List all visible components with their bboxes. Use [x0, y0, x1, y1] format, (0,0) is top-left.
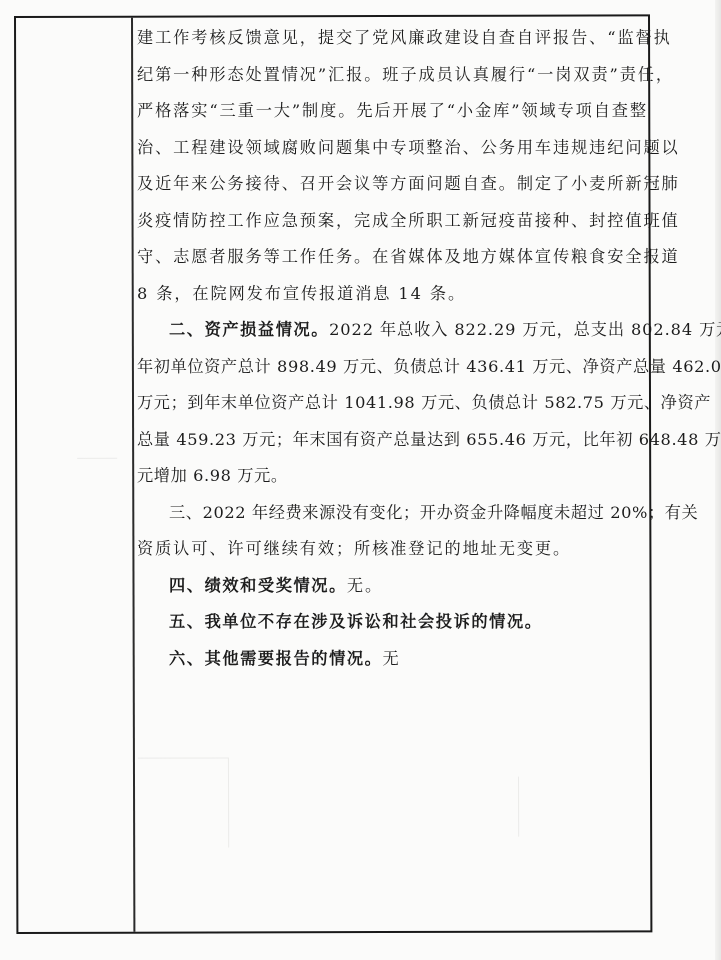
text-line: 及近年来公务接待、召开会议等方面问题自查。制定了小麦所新冠肺: [137, 166, 645, 203]
text-line: 年初单位资产总计 898.49 万元、负债总计 436.41 万元、净资产总量 …: [137, 349, 645, 386]
section-text: 2022 年总收入 822.29 万元，总支出 802.84 万元；: [329, 320, 721, 339]
text-line: 三、2022 年经费来源没有变化；开办资金升降幅度未超过 20%；有关: [137, 495, 645, 532]
section-litigation: 五、我单位不存在涉及诉讼和社会投诉的情况。: [137, 604, 645, 641]
section-heading: 四、绩效和受奖情况。: [169, 576, 347, 595]
section-heading: 六、其他需要报告的情况。: [169, 649, 382, 668]
column-divider: [131, 18, 135, 932]
text-line: 二、资产损益情况。2022 年总收入 822.29 万元，总支出 802.84 …: [137, 312, 645, 349]
section-heading: 五、我单位不存在涉及诉讼和社会投诉的情况。: [169, 612, 543, 631]
section-text: 无。: [347, 576, 383, 595]
bleed-through-mark: [138, 757, 228, 758]
text-line: 建工作考核反馈意见，提交了党风廉政建设自查自评报告、“监督执: [137, 20, 645, 57]
bleed-through-mark: [77, 458, 117, 459]
section-performance-awards: 四、绩效和受奖情况。无。: [137, 568, 645, 605]
text-line: 严格落实“三重一大”制度。先后开展了“小金库”领域专项自查整: [137, 93, 645, 130]
section-text: 无: [382, 649, 400, 668]
text-line: 总量 459.23 万元；年末国有资产总量达到 655.46 万元，比年初 64…: [137, 422, 645, 459]
page-edge-shadow: [715, 0, 721, 960]
text-line: 纪第一种形态处置情况”汇报。班子成员认真履行“一岗双责”责任，: [137, 57, 645, 94]
paragraph-party-building: 建工作考核反馈意见，提交了党风廉政建设自查自评报告、“监督执 纪第一种形态处置情…: [137, 20, 645, 312]
text-line: 资质认可、许可继续有效；所核准登记的地址无变更。: [137, 531, 645, 568]
text-line: 治、工程建设领域腐败问题集中专项整治、公务用车违规违纪问题以: [137, 130, 645, 167]
section-funding-source: 三、2022 年经费来源没有变化；开办资金升降幅度未超过 20%；有关 资质认可…: [137, 495, 645, 568]
section-asset-profit-loss: 二、资产损益情况。2022 年总收入 822.29 万元，总支出 802.84 …: [137, 312, 645, 495]
section-heading: 二、资产损益情况。: [169, 320, 329, 339]
section-other-matters: 六、其他需要报告的情况。无: [137, 641, 645, 678]
text-line: 万元；到年末单位资产总计 1041.98 万元、负债总计 582.75 万元、净…: [137, 385, 645, 422]
text-line: 8 条，在院网发布宣传报道消息 14 条。: [137, 276, 645, 313]
document-body: 建工作考核反馈意见，提交了党风廉政建设自查自评报告、“监督执 纪第一种形态处置情…: [137, 20, 645, 677]
text-line: 守、志愿者服务等工作任务。在省媒体及地方媒体宣传粮食安全报道: [137, 239, 645, 276]
bleed-through-mark: [518, 777, 519, 837]
text-line: 元增加 6.98 万元。: [137, 458, 645, 495]
bleed-through-mark: [228, 757, 229, 847]
text-line: 炎疫情防控工作应急预案，完成全所职工新冠疫苗接种、封控值班值: [137, 203, 645, 240]
